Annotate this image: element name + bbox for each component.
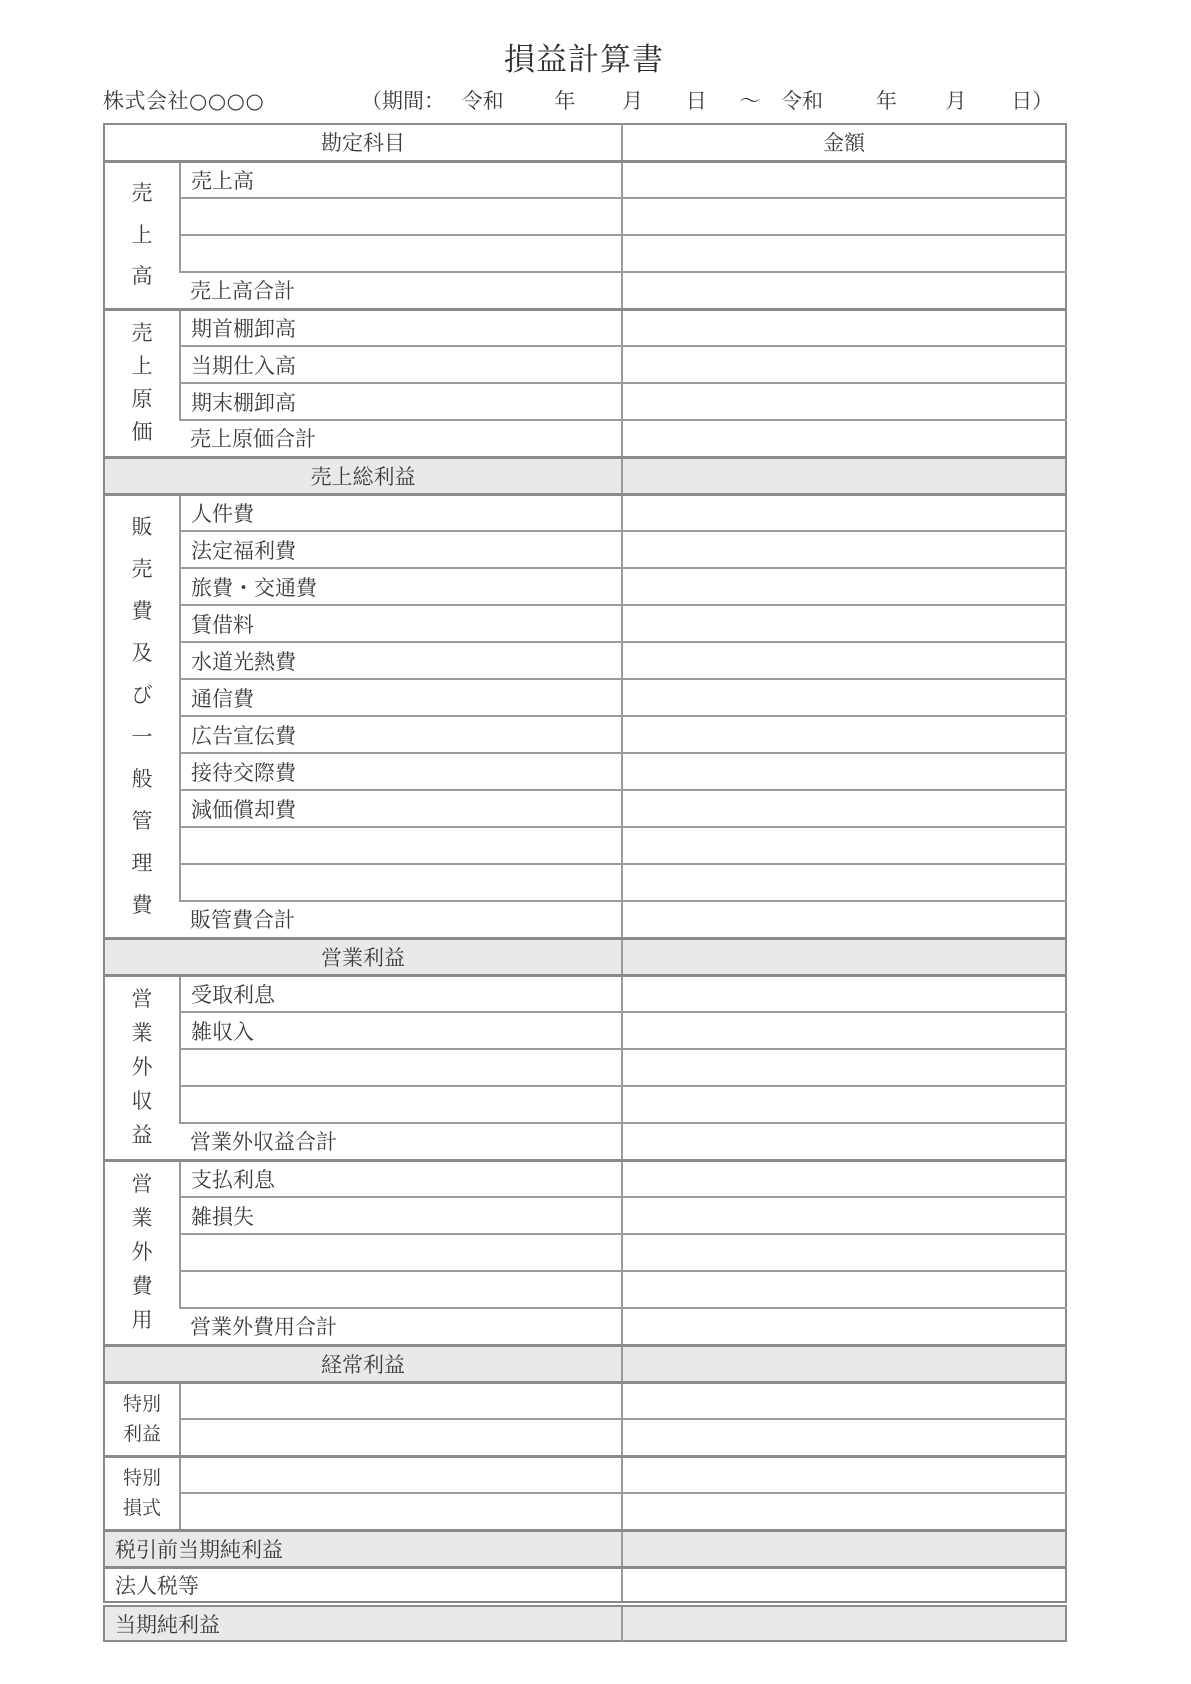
amount-cell bbox=[622, 420, 1066, 457]
account-item-cell: 法人税等 bbox=[104, 1567, 622, 1604]
section-label-text: 特別 利益 bbox=[105, 1384, 179, 1455]
section-label-cost-of-sales: 売上原価 bbox=[104, 309, 180, 457]
period-token: （期間： bbox=[361, 85, 445, 115]
account-item-cell: 接待交際費 bbox=[180, 753, 622, 790]
account-item-cell bbox=[180, 1456, 622, 1493]
table-row bbox=[104, 1086, 1066, 1123]
account-item-cell: 減価償却費 bbox=[180, 790, 622, 827]
section-label-extraordinary-losses: 特別 損式 bbox=[104, 1456, 180, 1530]
account-item-cell bbox=[180, 864, 622, 901]
period-token: 日 bbox=[686, 85, 707, 115]
amount-cell bbox=[622, 1123, 1066, 1160]
table-row bbox=[104, 1493, 1066, 1530]
account-item-cell bbox=[180, 198, 622, 235]
table-row: 売上高 売上高 bbox=[104, 161, 1066, 198]
period-token: 令和 bbox=[781, 85, 823, 115]
amount-cell bbox=[622, 1012, 1066, 1049]
document-title: 損益計算書 bbox=[103, 34, 1065, 79]
amount-cell bbox=[622, 531, 1066, 568]
period-token: 年 bbox=[554, 85, 575, 115]
band-label-operating-profit: 営業利益 bbox=[104, 938, 622, 975]
table-row: 雑収入 bbox=[104, 1012, 1066, 1049]
document-meta-line: 株式会社○○○○ （期間： 令和 年 月 日 ～ 令和 年 月 日） bbox=[103, 85, 1065, 113]
table-row: 営業外費用合計 bbox=[104, 1308, 1066, 1345]
column-header-account: 勘定科目 bbox=[104, 124, 622, 161]
table-row: 営業外収益合計 bbox=[104, 1123, 1066, 1160]
section-label-sga-expenses: 販売費及び一般管理費 bbox=[104, 494, 180, 938]
section-total-cell: 営業外収益合計 bbox=[180, 1123, 622, 1160]
amount-cell bbox=[622, 346, 1066, 383]
table-row: 特別 損式 bbox=[104, 1456, 1066, 1493]
profit-band-row: 当期純利益 bbox=[104, 1604, 1066, 1641]
account-item-cell: 売上高 bbox=[180, 161, 622, 198]
account-item-cell: 期末棚卸高 bbox=[180, 383, 622, 420]
account-item-cell bbox=[180, 1382, 622, 1419]
table-row: 販管費合計 bbox=[104, 901, 1066, 938]
table-row: 水道光熱費 bbox=[104, 642, 1066, 679]
table-row: 営業外費用 支払利息 bbox=[104, 1160, 1066, 1197]
amount-cell bbox=[622, 1604, 1066, 1641]
table-row: 法人税等 bbox=[104, 1567, 1066, 1604]
amount-cell bbox=[622, 605, 1066, 642]
section-label-text: 売上原価 bbox=[105, 311, 179, 456]
amount-cell bbox=[622, 1308, 1066, 1345]
table-row: 営業外収益 受取利息 bbox=[104, 975, 1066, 1012]
section-label-non-operating-income: 営業外収益 bbox=[104, 975, 180, 1160]
company-name: 株式会社○○○○ bbox=[103, 85, 264, 115]
account-item-cell: 水道光熱費 bbox=[180, 642, 622, 679]
account-item-cell bbox=[180, 1493, 622, 1530]
section-label-text: 販売費及び一般管理費 bbox=[105, 496, 179, 937]
table-row: 売上原価合計 bbox=[104, 420, 1066, 457]
table-row bbox=[104, 827, 1066, 864]
amount-cell bbox=[622, 1382, 1066, 1419]
account-item-cell bbox=[180, 1419, 622, 1456]
account-item-cell: 期首棚卸高 bbox=[180, 309, 622, 346]
amount-cell bbox=[622, 1567, 1066, 1604]
account-item-cell: 広告宣伝費 bbox=[180, 716, 622, 753]
amount-cell bbox=[622, 901, 1066, 938]
period-token: 年 bbox=[876, 85, 897, 115]
table-row: 特別 利益 bbox=[104, 1382, 1066, 1419]
section-total-cell: 売上高合計 bbox=[180, 272, 622, 309]
account-item-cell bbox=[180, 1086, 622, 1123]
period-token: ～ bbox=[739, 85, 760, 115]
account-item-cell: 支払利息 bbox=[180, 1160, 622, 1197]
table-row bbox=[104, 198, 1066, 235]
amount-cell bbox=[622, 1345, 1066, 1382]
table-row: 雑損失 bbox=[104, 1197, 1066, 1234]
band-label-ordinary-profit: 経常利益 bbox=[104, 1345, 622, 1382]
period-token: 月 bbox=[946, 85, 967, 115]
profit-band-row: 営業利益 bbox=[104, 938, 1066, 975]
amount-cell bbox=[622, 1197, 1066, 1234]
table-row: 販売費及び一般管理費 人件費 bbox=[104, 494, 1066, 531]
account-item-cell: 受取利息 bbox=[180, 975, 622, 1012]
table-row bbox=[104, 864, 1066, 901]
table-row bbox=[104, 1234, 1066, 1271]
section-label-text: 特別 損式 bbox=[105, 1458, 179, 1529]
amount-cell bbox=[622, 198, 1066, 235]
table-row: 売上高合計 bbox=[104, 272, 1066, 309]
table-row: 当期仕入高 bbox=[104, 346, 1066, 383]
amount-cell bbox=[622, 1419, 1066, 1456]
table-row: 法定福利費 bbox=[104, 531, 1066, 568]
table-row: 旅費・交通費 bbox=[104, 568, 1066, 605]
amount-cell bbox=[622, 494, 1066, 531]
account-item-cell: 雑損失 bbox=[180, 1197, 622, 1234]
section-label-sales: 売上高 bbox=[104, 161, 180, 309]
period-token: 月 bbox=[622, 85, 643, 115]
section-label-text: 営業外費用 bbox=[105, 1162, 179, 1344]
section-total-cell: 売上原価合計 bbox=[180, 420, 622, 457]
account-item-cell bbox=[180, 235, 622, 272]
amount-cell bbox=[622, 1530, 1066, 1567]
amount-cell bbox=[622, 790, 1066, 827]
account-item-cell: 旅費・交通費 bbox=[180, 568, 622, 605]
amount-cell bbox=[622, 383, 1066, 420]
amount-cell bbox=[622, 827, 1066, 864]
column-header-amount: 金額 bbox=[622, 124, 1066, 161]
amount-cell bbox=[622, 1086, 1066, 1123]
amount-cell bbox=[622, 309, 1066, 346]
amount-cell bbox=[622, 1493, 1066, 1530]
table-row bbox=[104, 1271, 1066, 1308]
amount-cell bbox=[622, 161, 1066, 198]
period-token: 令和 bbox=[462, 85, 504, 115]
account-item-cell: 法定福利費 bbox=[180, 531, 622, 568]
table-row bbox=[104, 235, 1066, 272]
amount-cell bbox=[622, 1049, 1066, 1086]
band-label-gross-profit: 売上総利益 bbox=[104, 457, 622, 494]
amount-cell bbox=[622, 568, 1066, 605]
table-row: 売上原価 期首棚卸高 bbox=[104, 309, 1066, 346]
account-item-cell: 通信費 bbox=[180, 679, 622, 716]
table-row bbox=[104, 1419, 1066, 1456]
table-row: 減価償却費 bbox=[104, 790, 1066, 827]
amount-cell bbox=[622, 753, 1066, 790]
section-label-extraordinary-gains: 特別 利益 bbox=[104, 1382, 180, 1456]
amount-cell bbox=[622, 457, 1066, 494]
account-item-cell bbox=[180, 827, 622, 864]
account-item-cell: 雑収入 bbox=[180, 1012, 622, 1049]
amount-cell bbox=[622, 1456, 1066, 1493]
amount-cell bbox=[622, 679, 1066, 716]
table-row: 通信費 bbox=[104, 679, 1066, 716]
section-total-cell: 販管費合計 bbox=[180, 901, 622, 938]
account-item-cell bbox=[180, 1234, 622, 1271]
amount-cell bbox=[622, 975, 1066, 1012]
account-item-cell: 当期仕入高 bbox=[180, 346, 622, 383]
table-row: 接待交際費 bbox=[104, 753, 1066, 790]
section-label-text: 売上高 bbox=[105, 163, 179, 308]
amount-cell bbox=[622, 864, 1066, 901]
amount-cell bbox=[622, 235, 1066, 272]
band-label-pretax-profit: 税引前当期純利益 bbox=[104, 1530, 622, 1567]
table-header-row: 勘定科目 金額 bbox=[104, 124, 1066, 161]
account-item-cell bbox=[180, 1049, 622, 1086]
section-total-cell: 営業外費用合計 bbox=[180, 1308, 622, 1345]
profit-band-row: 経常利益 bbox=[104, 1345, 1066, 1382]
amount-cell bbox=[622, 1160, 1066, 1197]
amount-cell bbox=[622, 642, 1066, 679]
profit-band-row: 税引前当期純利益 bbox=[104, 1530, 1066, 1567]
pl-table: 勘定科目 金額 売上高 売上高 売上高合計 売上原価 期首棚卸高 当期仕入 bbox=[103, 123, 1067, 1642]
table-row: 期末棚卸高 bbox=[104, 383, 1066, 420]
table-row: 広告宣伝費 bbox=[104, 716, 1066, 753]
account-item-cell: 賃借料 bbox=[180, 605, 622, 642]
amount-cell bbox=[622, 938, 1066, 975]
section-label-non-operating-expenses: 営業外費用 bbox=[104, 1160, 180, 1345]
profit-band-row: 売上総利益 bbox=[104, 457, 1066, 494]
table-row bbox=[104, 1049, 1066, 1086]
band-label-net-profit: 当期純利益 bbox=[104, 1604, 622, 1641]
period-token: 日） bbox=[1011, 85, 1053, 115]
amount-cell bbox=[622, 272, 1066, 309]
amount-cell bbox=[622, 716, 1066, 753]
account-item-cell bbox=[180, 1271, 622, 1308]
table-row: 賃借料 bbox=[104, 605, 1066, 642]
pl-statement-document: 損益計算書 株式会社○○○○ （期間： 令和 年 月 日 ～ 令和 年 月 日）… bbox=[0, 0, 1191, 1684]
section-label-text: 営業外収益 bbox=[105, 977, 179, 1159]
amount-cell bbox=[622, 1234, 1066, 1271]
amount-cell bbox=[622, 1271, 1066, 1308]
account-item-cell: 人件費 bbox=[180, 494, 622, 531]
period-line: （期間： 令和 年 月 日 ～ 令和 年 月 日） bbox=[361, 85, 1053, 115]
